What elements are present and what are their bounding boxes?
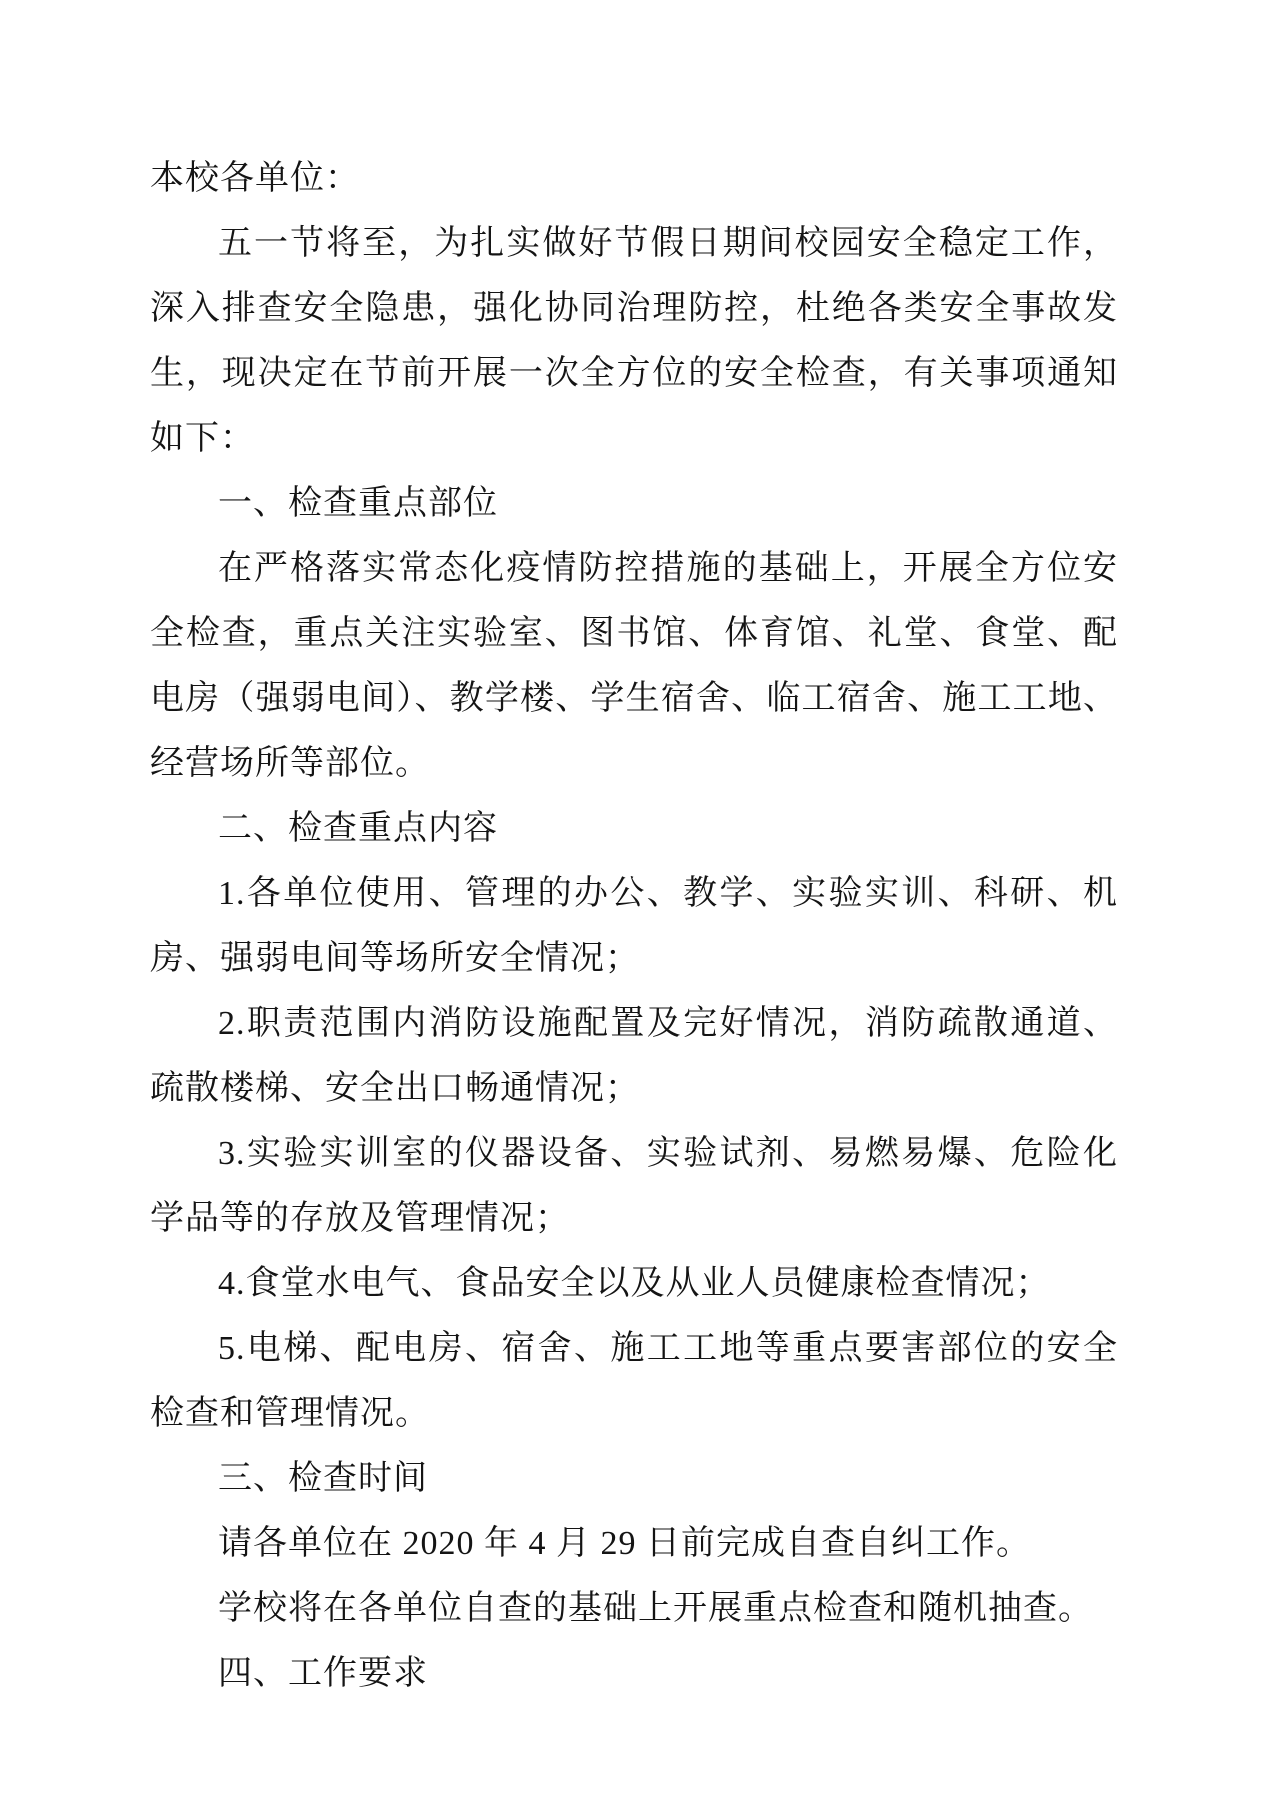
section-2-item-3: 3.实验实训室的仪器设备、实验试剂、易燃易爆、危险化学品等的存放及管理情况； (150, 1121, 1118, 1251)
document-page: 本校各单位： 五一节将至，为扎实做好节假日期间校园安全稳定工作，深入排查安全隐患… (0, 0, 1268, 1794)
section-1-body: 在严格落实常态化疫情防控措施的基础上，开展全方位安全检查，重点关注实验室、图书馆… (150, 536, 1118, 796)
salutation-line: 本校各单位： (150, 146, 1118, 211)
section-3-body-2: 学校将在各单位自查的基础上开展重点检查和随机抽查。 (150, 1576, 1118, 1641)
section-3-heading: 三、检查时间 (150, 1446, 1118, 1511)
section-4-heading: 四、工作要求 (150, 1641, 1118, 1706)
section-1-heading: 一、检查重点部位 (150, 471, 1118, 536)
notice-body: 本校各单位： 五一节将至，为扎实做好节假日期间校园安全稳定工作，深入排查安全隐患… (150, 146, 1118, 1706)
section-3-body-1: 请各单位在 2020 年 4 月 29 日前完成自查自纠工作。 (150, 1511, 1118, 1576)
section-2-item-2: 2.职责范围内消防设施配置及完好情况，消防疏散通道、疏散楼梯、安全出口畅通情况； (150, 991, 1118, 1121)
intro-paragraph: 五一节将至，为扎实做好节假日期间校园安全稳定工作，深入排查安全隐患，强化协同治理… (150, 211, 1118, 471)
section-2-item-1: 1.各单位使用、管理的办公、教学、实验实训、科研、机房、强弱电间等场所安全情况； (150, 861, 1118, 991)
section-2-item-5: 5.电梯、配电房、宿舍、施工工地等重点要害部位的安全检查和管理情况。 (150, 1316, 1118, 1446)
section-2-heading: 二、检查重点内容 (150, 796, 1118, 861)
section-2-item-4: 4.食堂水电气、食品安全以及从业人员健康检查情况； (150, 1251, 1118, 1316)
